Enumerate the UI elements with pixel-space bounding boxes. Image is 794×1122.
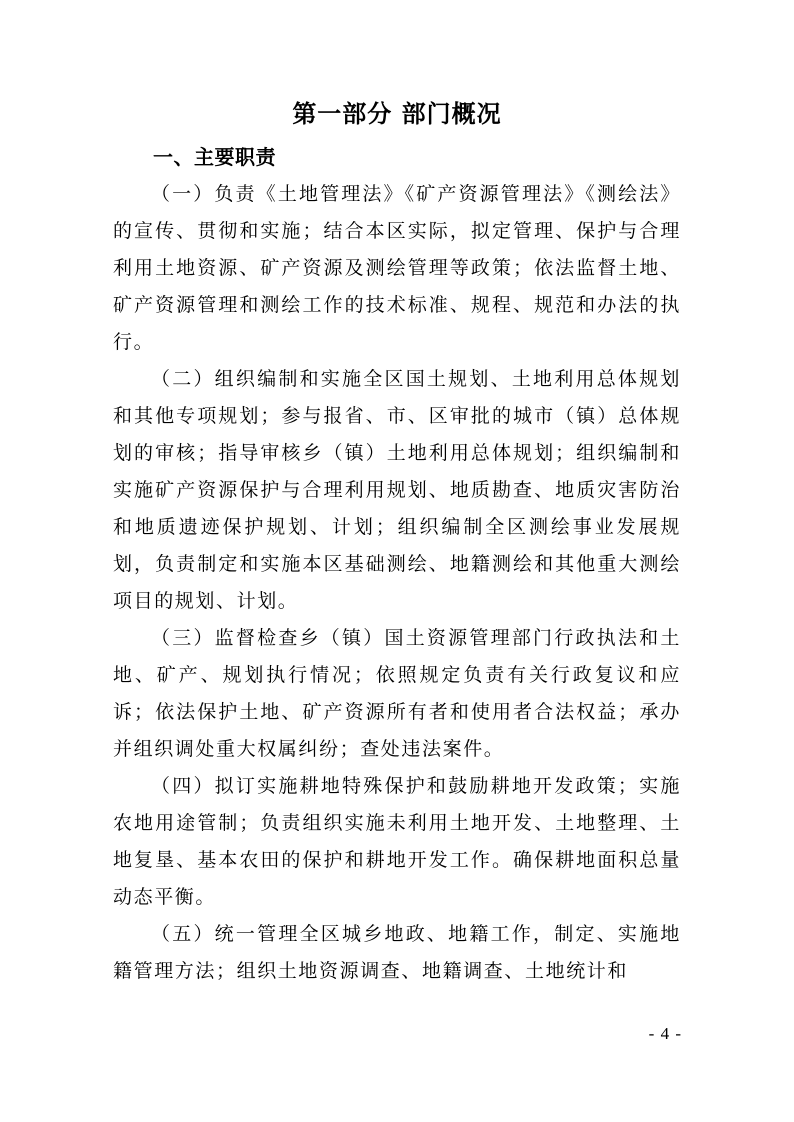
document-content: 第一部分 部门概况 一、主要职责 （一）负责《土地管理法》《矿产资源管理法》《测… <box>113 96 681 990</box>
paragraph-5: （五）统一管理全区城乡地政、地籍工作，制定、实施地籍管理方法；组织土地资源调查、… <box>113 916 681 990</box>
page-number: - 4 - <box>649 1024 682 1044</box>
page-title: 第一部分 部门概况 <box>113 96 681 133</box>
paragraph-4: （四）拟订实施耕地特殊保护和鼓励耕地开发政策；实施农地用途管制；负责组织实施未利… <box>113 768 681 916</box>
document-page: 第一部分 部门概况 一、主要职责 （一）负责《土地管理法》《矿产资源管理法》《测… <box>0 0 794 1122</box>
paragraph-3: （三）监督检查乡（镇）国土资源管理部门行政执法和土地、矿产、规划执行情况；依照规… <box>113 620 681 768</box>
paragraph-2: （二）组织编制和实施全区国土规划、土地利用总体规划和其他专项规划；参与报省、市、… <box>113 361 681 620</box>
paragraph-1: （一）负责《土地管理法》《矿产资源管理法》《测绘法》的宣传、贯彻和实施；结合本区… <box>113 176 681 361</box>
section-heading: 一、主要职责 <box>113 139 681 176</box>
